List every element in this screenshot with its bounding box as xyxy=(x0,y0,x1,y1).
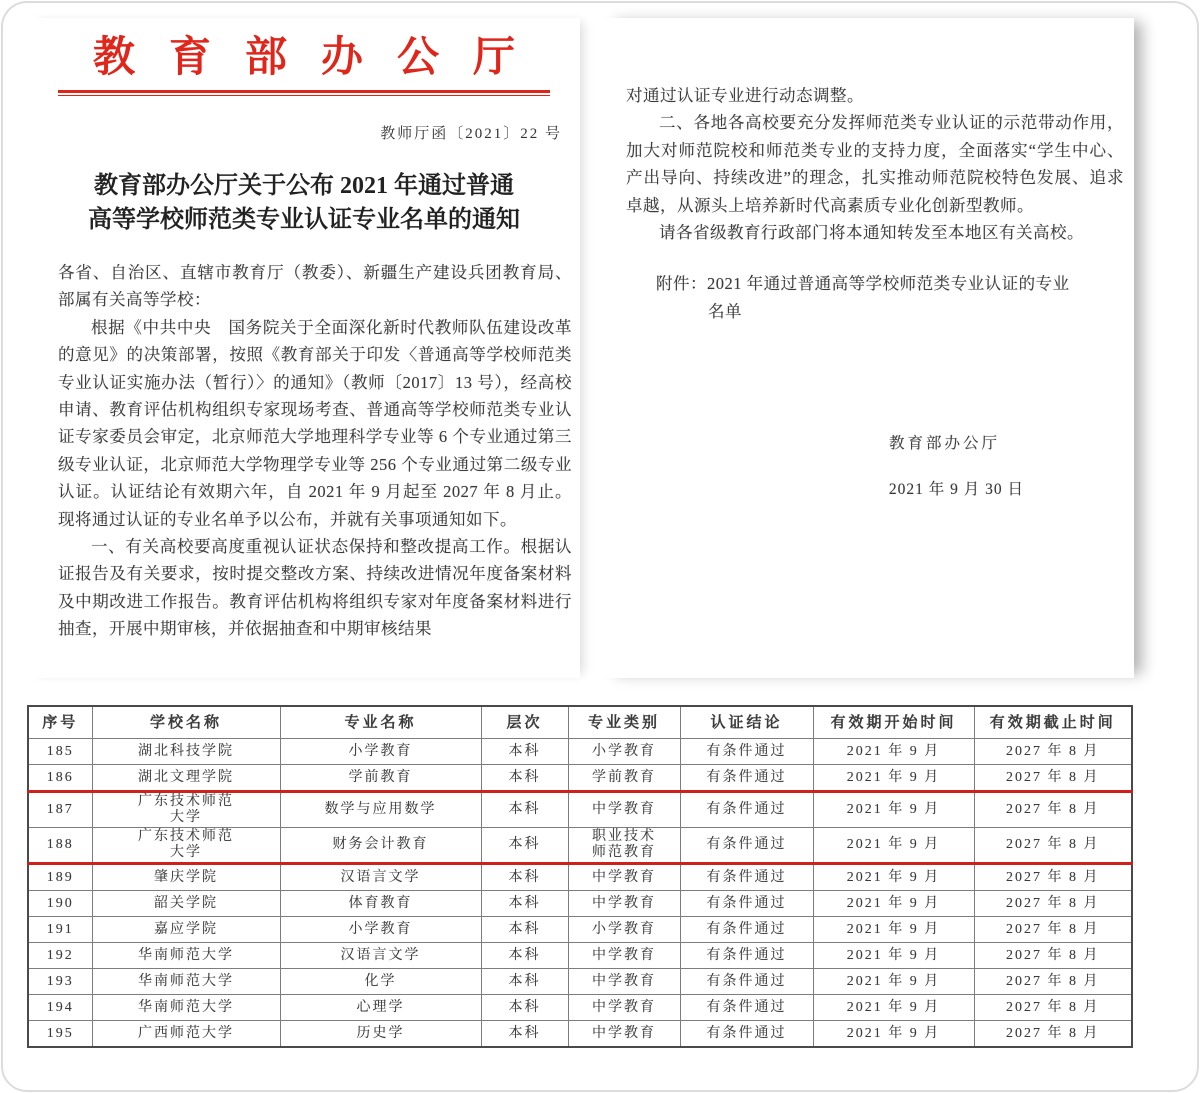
attachment-line1: 附件：2021 年通过普通高等学校师范类专业认证的专业 xyxy=(656,270,1124,297)
cell-result: 有条件通过 xyxy=(680,995,813,1021)
salutation-paragraph: 各省、自治区、直辖市教育厅（教委）、新疆生产建设兵团教育局、部属有关高等学校： xyxy=(58,259,572,314)
cell-result: 有条件通过 xyxy=(680,828,813,864)
header-level: 层次 xyxy=(481,706,568,739)
cell-end: 2027 年 8 月 xyxy=(974,739,1132,765)
attachment-line2: 名单 xyxy=(656,298,1124,325)
cell-major: 小学教育 xyxy=(280,917,481,943)
header-category: 专业类别 xyxy=(568,706,680,739)
background-paragraph: 根据《中共中央 国务院关于全面深化新时代教师队伍建设改革的意见》的决策部署，按照… xyxy=(58,314,572,533)
cell-major: 小学教育 xyxy=(280,739,481,765)
table-row: 186湖北文理学院学前教育本科学前教育有条件通过2021 年 9 月2027 年… xyxy=(28,765,1132,792)
notice-page-2: 对通过认证专业进行动态调整。 二、各地各高校要充分发挥师范类专业认证的示范带动作… xyxy=(600,18,1134,678)
cell-category: 中学教育 xyxy=(568,943,680,969)
attachment-note: 附件：2021 年通过普通高等学校师范类专业认证的专业 名单 xyxy=(626,270,1124,325)
page1-body: 各省、自治区、直辖市教育厅（教委）、新疆生产建设兵团教育局、部属有关高等学校： … xyxy=(28,259,580,643)
cell-category: 中学教育 xyxy=(568,1021,680,1048)
masthead-rule-thick xyxy=(58,90,550,93)
cell-level: 本科 xyxy=(481,765,568,792)
item-one-paragraph: 一、有关高校要高度重视认证状态保持和整改提高工作。根据认证报告及有关要求，按时提… xyxy=(58,533,572,643)
table-row: 192华南师范大学汉语言文学本科中学教育有条件通过2021 年 9 月2027 … xyxy=(28,943,1132,969)
cell-start: 2021 年 9 月 xyxy=(813,943,974,969)
cell-end: 2027 年 8 月 xyxy=(974,1021,1132,1048)
header-major: 专业名称 xyxy=(280,706,481,739)
cell-school: 广东技术师范 大学 xyxy=(92,792,280,828)
cell-category: 中学教育 xyxy=(568,864,680,891)
cell-major: 数学与应用数学 xyxy=(280,792,481,828)
cell-start: 2021 年 9 月 xyxy=(813,917,974,943)
cell-major: 汉语言文学 xyxy=(280,943,481,969)
cell-no: 190 xyxy=(28,891,92,917)
cell-no: 188 xyxy=(28,828,92,864)
cell-end: 2027 年 8 月 xyxy=(974,917,1132,943)
cell-level: 本科 xyxy=(481,917,568,943)
cell-start: 2021 年 9 月 xyxy=(813,969,974,995)
cell-no: 185 xyxy=(28,739,92,765)
document-number: 教师厅函〔2021〕22 号 xyxy=(28,122,580,143)
cell-major: 汉语言文学 xyxy=(280,864,481,891)
cell-level: 本科 xyxy=(481,995,568,1021)
notice-title-line2: 高等学校师范类专业认证专业名单的通知 xyxy=(28,203,580,237)
cell-school: 华南师范大学 xyxy=(92,969,280,995)
cell-category: 小学教育 xyxy=(568,917,680,943)
cell-school: 嘉应学院 xyxy=(92,917,280,943)
cell-no: 192 xyxy=(28,943,92,969)
notice-title-line1: 教育部办公厅关于公布 2021 年通过普通 xyxy=(28,169,580,203)
cell-major: 心理学 xyxy=(280,995,481,1021)
cell-level: 本科 xyxy=(481,828,568,864)
cell-level: 本科 xyxy=(481,864,568,891)
table-row: 191嘉应学院小学教育本科小学教育有条件通过2021 年 9 月2027 年 8… xyxy=(28,917,1132,943)
cell-result: 有条件通过 xyxy=(680,739,813,765)
cell-result: 有条件通过 xyxy=(680,943,813,969)
cell-start: 2021 年 9 月 xyxy=(813,792,974,828)
cell-result: 有条件通过 xyxy=(680,765,813,792)
cell-level: 本科 xyxy=(481,792,568,828)
cell-level: 本科 xyxy=(481,739,568,765)
cell-end: 2027 年 8 月 xyxy=(974,943,1132,969)
page2-body: 对通过认证专业进行动态调整。 二、各地各高校要充分发挥师范类专业认证的示范带动作… xyxy=(600,18,1134,503)
cell-level: 本科 xyxy=(481,891,568,917)
cell-result: 有条件通过 xyxy=(680,792,813,828)
cell-level: 本科 xyxy=(481,943,568,969)
cell-major: 学前教育 xyxy=(280,765,481,792)
cell-school: 华南师范大学 xyxy=(92,943,280,969)
cell-start: 2021 年 9 月 xyxy=(813,891,974,917)
cell-no: 193 xyxy=(28,969,92,995)
masthead-title: 教育部办公厅 xyxy=(28,32,580,84)
cell-school: 韶关学院 xyxy=(92,891,280,917)
table-row: 190韶关学院体育教育本科中学教育有条件通过2021 年 9 月2027 年 8… xyxy=(28,891,1132,917)
cell-start: 2021 年 9 月 xyxy=(813,1021,974,1048)
header-no: 序号 xyxy=(28,706,92,739)
cell-major: 历史学 xyxy=(280,1021,481,1048)
cell-level: 本科 xyxy=(481,969,568,995)
cell-end: 2027 年 8 月 xyxy=(974,969,1132,995)
table-row: 188广东技术师范 大学财务会计教育本科职业技术 师范教育有条件通过2021 年… xyxy=(28,828,1132,864)
cell-major: 体育教育 xyxy=(280,891,481,917)
cell-no: 194 xyxy=(28,995,92,1021)
header-result: 认证结论 xyxy=(680,706,813,739)
cell-end: 2027 年 8 月 xyxy=(974,792,1132,828)
cell-result: 有条件通过 xyxy=(680,891,813,917)
issue-date: 2021 年 9 月 30 日 xyxy=(626,476,1124,503)
cell-start: 2021 年 9 月 xyxy=(813,828,974,864)
cell-no: 191 xyxy=(28,917,92,943)
issuing-office-signature: 教育部办公厅 xyxy=(626,430,1124,457)
table-row: 189肇庆学院汉语言文学本科中学教育有条件通过2021 年 9 月2027 年 … xyxy=(28,864,1132,891)
cell-end: 2027 年 8 月 xyxy=(974,828,1132,864)
cell-start: 2021 年 9 月 xyxy=(813,864,974,891)
header-valid-start: 有效期开始时间 xyxy=(813,706,974,739)
table-row: 185湖北科技学院小学教育本科小学教育有条件通过2021 年 9 月2027 年… xyxy=(28,739,1132,765)
cell-school: 湖北科技学院 xyxy=(92,739,280,765)
cell-no: 186 xyxy=(28,765,92,792)
cell-start: 2021 年 9 月 xyxy=(813,765,974,792)
cell-category: 学前教育 xyxy=(568,765,680,792)
cell-major: 财务会计教育 xyxy=(280,828,481,864)
cell-school: 广西师范大学 xyxy=(92,1021,280,1048)
cell-end: 2027 年 8 月 xyxy=(974,995,1132,1021)
table-body: 185湖北科技学院小学教育本科小学教育有条件通过2021 年 9 月2027 年… xyxy=(28,739,1132,1048)
cell-end: 2027 年 8 月 xyxy=(974,765,1132,792)
cell-school: 广东技术师范 大学 xyxy=(92,828,280,864)
cell-no: 187 xyxy=(28,792,92,828)
cell-category: 小学教育 xyxy=(568,739,680,765)
cell-result: 有条件通过 xyxy=(680,917,813,943)
cell-start: 2021 年 9 月 xyxy=(813,739,974,765)
document-screenshot: { "colors": { "header_red": "#e0261b", "… xyxy=(0,0,1200,1093)
table-header-row: 序号 学校名称 专业名称 层次 专业类别 认证结论 有效期开始时间 有效期截止时… xyxy=(28,706,1132,739)
cell-category: 中学教育 xyxy=(568,792,680,828)
certified-majors-table: 序号 学校名称 专业名称 层次 专业类别 认证结论 有效期开始时间 有效期截止时… xyxy=(27,705,1133,1048)
table-row: 195广西师范大学历史学本科中学教育有条件通过2021 年 9 月2027 年 … xyxy=(28,1021,1132,1048)
cell-school: 肇庆学院 xyxy=(92,864,280,891)
table-row: 194华南师范大学心理学本科中学教育有条件通过2021 年 9 月2027 年 … xyxy=(28,995,1132,1021)
header-school: 学校名称 xyxy=(92,706,280,739)
masthead-rule-thin xyxy=(58,95,550,96)
notice-title: 教育部办公厅关于公布 2021 年通过普通 高等学校师范类专业认证专业名单的通知 xyxy=(28,169,580,237)
cell-category: 中学教育 xyxy=(568,891,680,917)
cell-category: 中学教育 xyxy=(568,995,680,1021)
cell-end: 2027 年 8 月 xyxy=(974,891,1132,917)
item-two-paragraph: 二、各地各高校要充分发挥师范类专业认证的示范带动作用，加大对师范院校和师范类专业… xyxy=(626,109,1124,219)
cell-end: 2027 年 8 月 xyxy=(974,864,1132,891)
table-row: 193华南师范大学化学本科中学教育有条件通过2021 年 9 月2027 年 8… xyxy=(28,969,1132,995)
cell-category: 中学教育 xyxy=(568,969,680,995)
cell-result: 有条件通过 xyxy=(680,1021,813,1048)
header-valid-end: 有效期截止时间 xyxy=(974,706,1132,739)
forward-request-paragraph: 请各省级教育行政部门将本通知转发至本地区有关高校。 xyxy=(626,219,1124,246)
cell-school: 湖北文理学院 xyxy=(92,765,280,792)
cell-major: 化学 xyxy=(280,969,481,995)
cell-result: 有条件通过 xyxy=(680,969,813,995)
notice-page-1: 教育部办公厅 教师厅函〔2021〕22 号 教育部办公厅关于公布 2021 年通… xyxy=(28,18,580,678)
cell-no: 189 xyxy=(28,864,92,891)
continuation-paragraph: 对通过认证专业进行动态调整。 xyxy=(626,82,1124,109)
cell-result: 有条件通过 xyxy=(680,864,813,891)
cell-school: 华南师范大学 xyxy=(92,995,280,1021)
cell-no: 195 xyxy=(28,1021,92,1048)
cell-category: 职业技术 师范教育 xyxy=(568,828,680,864)
table-row: 187广东技术师范 大学数学与应用数学本科中学教育有条件通过2021 年 9 月… xyxy=(28,792,1132,828)
cell-level: 本科 xyxy=(481,1021,568,1048)
cell-start: 2021 年 9 月 xyxy=(813,995,974,1021)
